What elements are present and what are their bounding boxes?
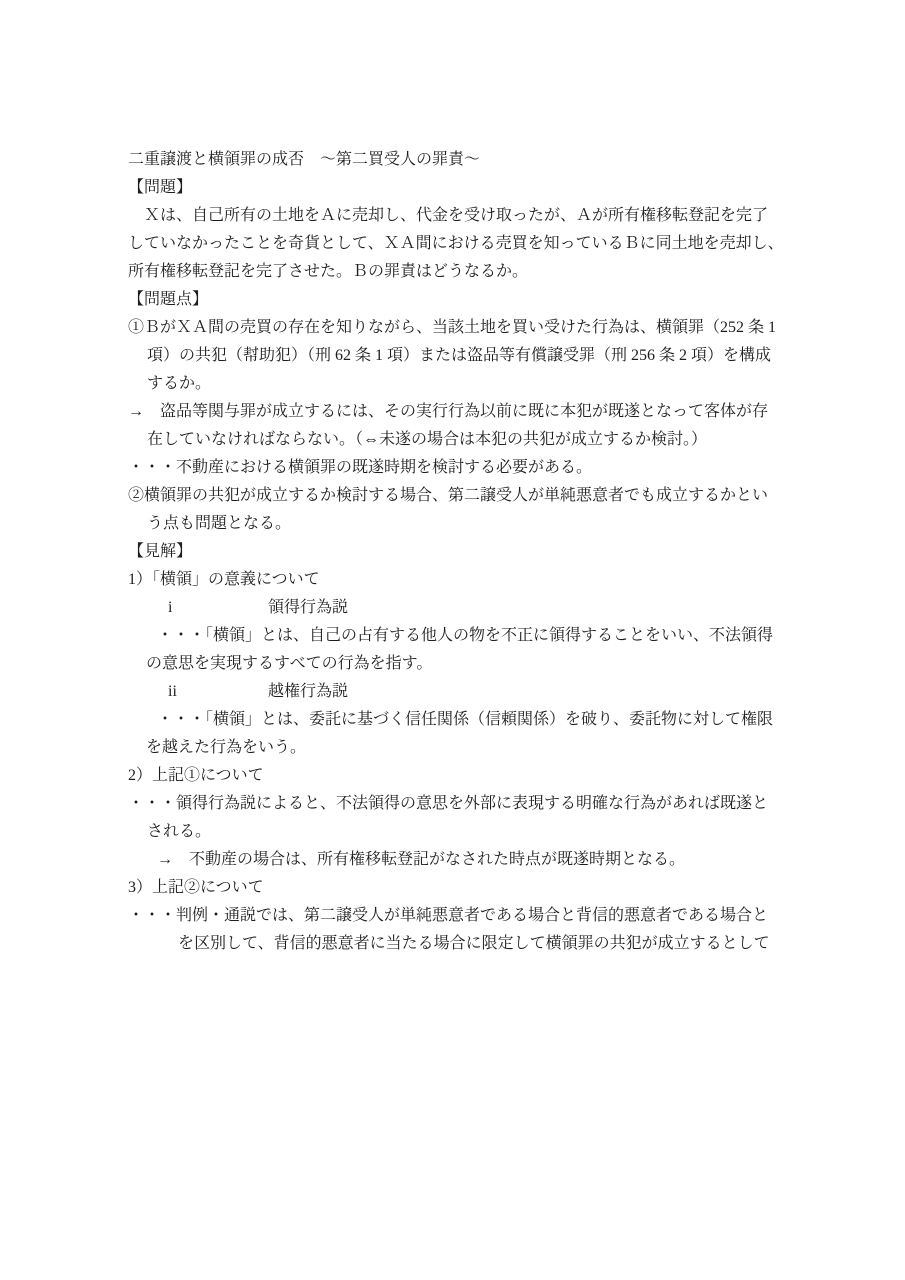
issue-1-note: → 盗品等関与罪が成立するには、その実行行為以前に既に本犯が既遂となって客体が存… [128,398,848,454]
opinion-sec1-item-ii: ii越権行為説 [128,678,848,706]
issue-2: ②横領罪の共犯が成立するか検討する場合、第二譲受人が単純悪意者でも成立するかとい… [128,482,848,538]
issue-1: ①ＢがＸＡ間の売買の存在を知りながら、当該土地を買い受けた行為は、横領罪（252… [128,314,848,398]
opinion-sec1-ii-body: ・・・「横領」とは、委託に基づく信任関係（信頼関係）を破り、委託物に対して権限 … [128,706,848,762]
problem-heading: 【問題】 [128,174,848,202]
issue-1-followup: ・・・不動産における横領罪の既遂時期を検討する必要がある。 [128,454,848,482]
document-page: 二重譲渡と横領罪の成否 ～第二買受人の罪責～ 【問題】 Ｘは、自己所有の土地をＡ… [0,0,905,1280]
opinion-sec1-i-body: ・・・「横領」とは、自己の占有する他人の物を不正に領得することをいい、不法領得 … [128,622,848,678]
opinion-sec3-heading: 3）上記②について [128,874,848,902]
opinions-heading: 【見解】 [128,538,848,566]
roman-numeral-ii: ii [168,678,268,706]
opinion-sec2-body: ・・・領得行為説によると、不法領得の意思を外部に表現する明確な行為があれば既遂と… [128,790,848,846]
opinion-sec1-ii-title: 越権行為説 [268,683,348,700]
document-content: 二重譲渡と横領罪の成否 ～第二買受人の罪責～ 【問題】 Ｘは、自己所有の土地をＡ… [128,146,848,958]
doc-title: 二重譲渡と横領罪の成否 ～第二買受人の罪責～ [128,146,848,174]
opinion-sec3-body: ・・・判例・通説では、第二譲受人が単純悪意者である場合と背信的悪意者である場合と… [128,902,848,958]
opinion-sec1-i-title: 領得行為説 [268,599,348,616]
issues-heading: 【問題点】 [128,286,848,314]
opinion-sec2-heading: 2）上記①について [128,762,848,790]
opinion-sec1-heading: 1）「横領」の意義について [128,566,848,594]
opinion-sec2-arrow-note: → 不動産の場合は、所有権移転登記がなされた時点が既遂時期となる。 [128,846,848,874]
opinion-sec1-item-i: i領得行為説 [128,594,848,622]
problem-text: Ｘは、自己所有の土地をＡに売却し、代金を受け取ったが、Ａが所有権移転登記を完了 … [128,202,848,286]
roman-numeral-i: i [168,594,268,622]
